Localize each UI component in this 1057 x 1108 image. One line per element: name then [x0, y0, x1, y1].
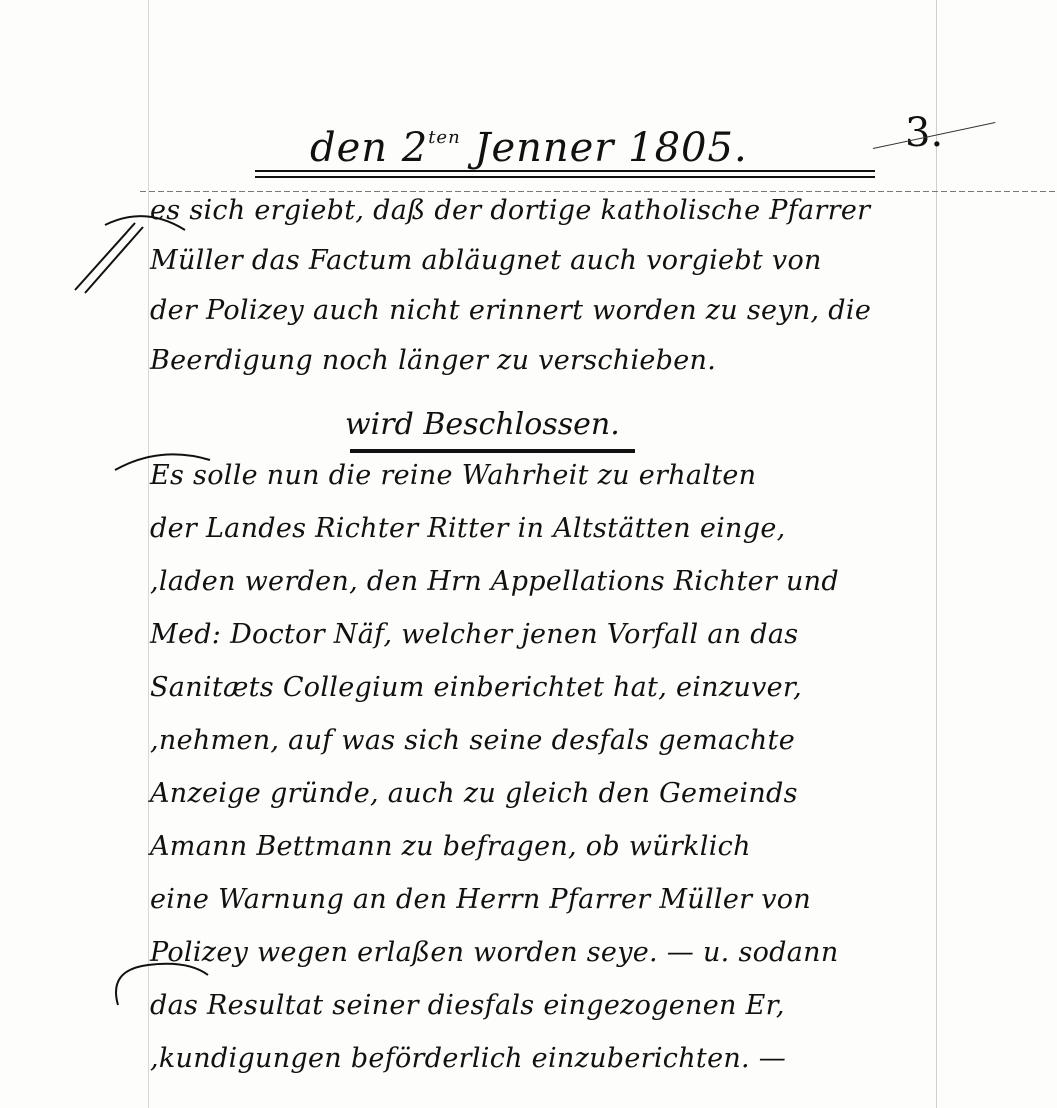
heading-superscript: ten — [428, 127, 460, 148]
text-line: Müller das Factum abläugnet auch vorgieb… — [150, 245, 822, 276]
page-number: 3. — [905, 110, 943, 156]
text-line: das Resultat seiner diesfals eingezogene… — [150, 990, 785, 1021]
text-line: Polizey wegen erlaßen worden seye. — u. … — [150, 937, 839, 968]
text-line: Amann Bettmann zu befragen, ob würklich — [150, 831, 751, 862]
heading-month: Jenner — [474, 125, 614, 171]
text-line: ,kundigungen beförderlich einzuberichten… — [150, 1043, 786, 1074]
manuscript-page: den 2ten Jenner 1805. 3. es sich ergiebt… — [0, 0, 1057, 1108]
text-line: Sanitæts Collegium einberichtet hat, ein… — [150, 672, 802, 703]
text-line: ,nehmen, auf was sich seine desfals gema… — [150, 725, 795, 756]
text-line: Beerdigung noch länger zu verschieben. — [150, 345, 716, 376]
heading-year: 1805. — [628, 125, 748, 171]
left-margin-line — [148, 0, 149, 1108]
text-line: der Landes Richter Ritter in Altstätten … — [150, 513, 786, 544]
text-line: Med: Doctor Näf, welcher jenen Vorfall a… — [150, 619, 798, 650]
heading-double-rule — [255, 170, 875, 178]
text-line: ,laden werden, den Hrn Appellations Rich… — [150, 566, 839, 597]
text-line: es sich ergiebt, daß der dortige katholi… — [150, 195, 870, 226]
text-line: eine Warnung an den Herrn Pfarrer Müller… — [150, 884, 811, 915]
text-line: der Polizey auch nicht erinnert worden z… — [150, 295, 871, 326]
text-line: Anzeige gründe, auch zu gleich den Gemei… — [150, 778, 798, 809]
heading-prefix: den 2 — [310, 125, 428, 171]
resolution-heading: wird Beschlossen. — [345, 407, 620, 442]
resolution-underline — [350, 449, 635, 453]
date-heading: den 2ten Jenner 1805. — [310, 125, 748, 171]
right-margin-line — [936, 0, 937, 1108]
text-line: Es solle nun die reine Wahrheit zu erhal… — [150, 460, 756, 491]
ruled-line — [140, 191, 1057, 192]
